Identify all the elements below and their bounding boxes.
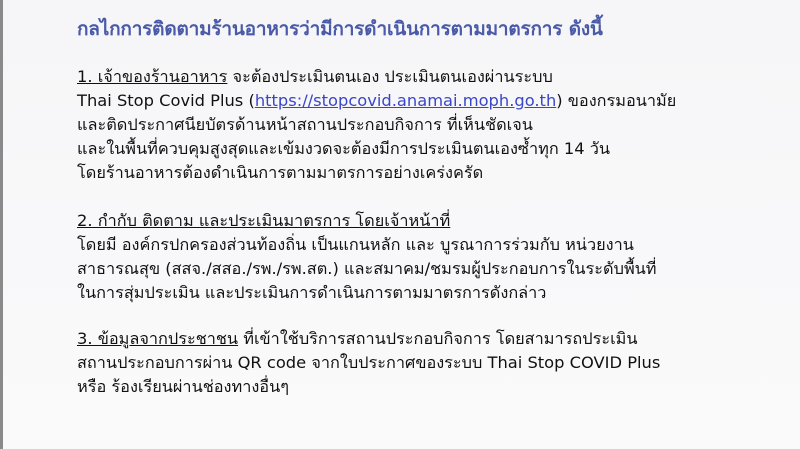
- stopcovid-link[interactable]: https://stopcovid.anamai.moph.go.th: [255, 91, 556, 110]
- section-1-line-4: และในพื้นที่ควบคุมสูงสุดและเข้มงวดจะต้อง…: [77, 137, 676, 161]
- slide: กลไกการติดตามร้านอาหารว่ามีการดำเนินการต…: [0, 0, 800, 449]
- section-1-line-5: โดยร้านอาหารต้องดำเนินการตามมาตรการอย่าง…: [77, 161, 676, 185]
- section-1-line-1: 1. เจ้าของร้านอาหาร จะต้องประเมินตนเอง ป…: [77, 65, 676, 89]
- section-1-line-1-text: จะต้องประเมินตนเอง ประเมินตนเองผ่านระบบ: [227, 67, 552, 86]
- section-3-line-1: 3. ข้อมูลจากประชาชน ที่เข้าใช้บริการสถาน…: [77, 327, 660, 351]
- section-1-heading: 1. เจ้าของร้านอาหาร: [77, 67, 227, 86]
- section-3-line-3: หรือ ร้องเรียนผ่านช่องทางอื่นๆ: [77, 375, 660, 399]
- section-1-line-2-pre: Thai Stop Covid Plus (: [77, 91, 255, 110]
- section-2-heading: 2. กำกับ ติดตาม และประเมินมาตรการ โดยเจ้…: [77, 209, 657, 233]
- section-2-line-3: สาธารณสุข (สสจ./สสอ./รพ./รพ.สต.) และสมาค…: [77, 257, 657, 281]
- section-3-line-2: สถานประกอบการผ่าน QR code จากใบประกาศของ…: [77, 351, 660, 375]
- left-border-strip: [0, 0, 3, 449]
- section-1-line-2: Thai Stop Covid Plus (https://stopcovid.…: [77, 89, 676, 113]
- section-3-line-1-text: ที่เข้าใช้บริการสถานประกอบกิจการ โดยสามา…: [238, 329, 637, 348]
- section-supervision: 2. กำกับ ติดตาม และประเมินมาตรการ โดยเจ้…: [77, 209, 657, 305]
- section-1-line-2-post: ) ของกรมอนามัย: [556, 91, 676, 110]
- section-2-line-2: โดยมี องค์กรปกครองส่วนท้องถิ่น เป็นแกนหล…: [77, 233, 657, 257]
- section-2-line-4: ในการสุ่มประเมิน และประเมินการดำเนินการต…: [77, 281, 657, 305]
- section-1-line-3: และติดประกาศนียบัตรด้านหน้าสถานประกอบกิจ…: [77, 113, 676, 137]
- section-restaurant-owner: 1. เจ้าของร้านอาหาร จะต้องประเมินตนเอง ป…: [77, 65, 676, 185]
- section-3-heading: 3. ข้อมูลจากประชาชน: [77, 329, 238, 348]
- section-public-info: 3. ข้อมูลจากประชาชน ที่เข้าใช้บริการสถาน…: [77, 327, 660, 399]
- slide-title: กลไกการติดตามร้านอาหารว่ามีการดำเนินการต…: [77, 14, 603, 44]
